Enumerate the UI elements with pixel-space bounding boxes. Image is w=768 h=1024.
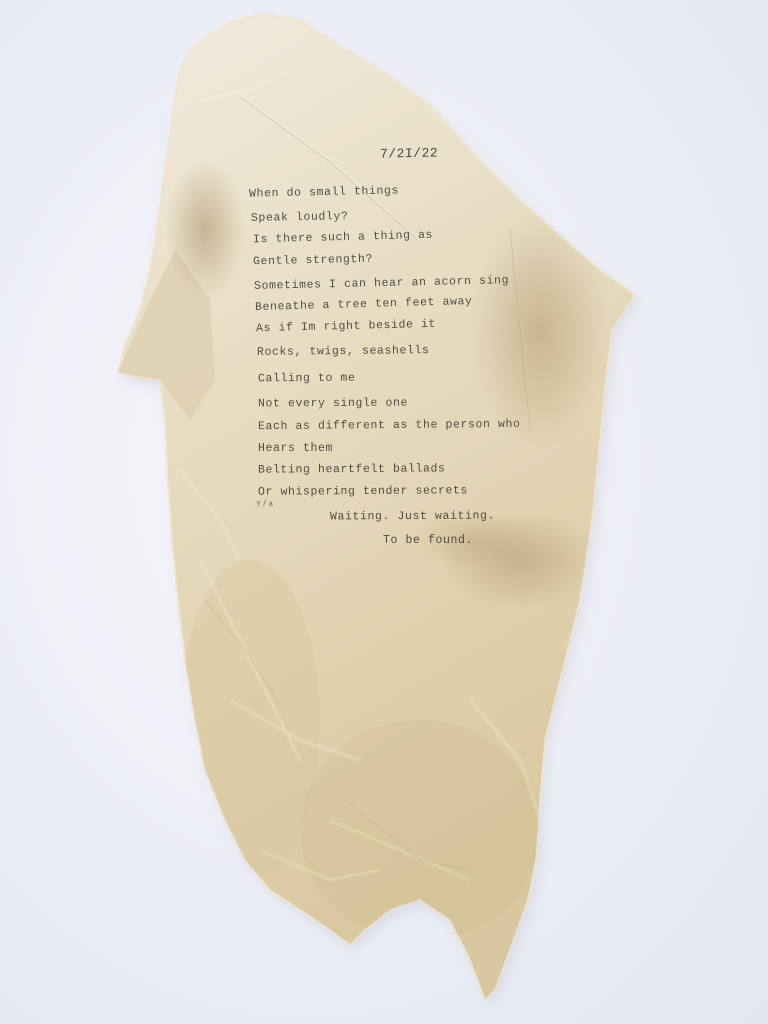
poem-line: Not every single one (258, 397, 408, 411)
poem-line: Is there such a thing as (253, 229, 433, 247)
typewritten-poem: 7/2I/22 When do small things Speak loudl… (0, 0, 768, 1024)
poem-line: When do small things (249, 184, 399, 200)
photo-scene: 7/2I/22 When do small things Speak loudl… (0, 0, 768, 1024)
poem-line: Hears them (258, 442, 333, 455)
poem-line: To be found. (383, 534, 473, 547)
poem-line: Waiting. Just waiting. (330, 510, 495, 524)
poem-line: Or whispering tender secrets (258, 484, 468, 498)
poem-line: Beneathe a tree ten feet away (255, 295, 473, 314)
poem-line: As if Im right beside it (256, 318, 436, 335)
margin-mark: ʸ⁄ₐ (255, 499, 274, 512)
poem-line: Rocks, twigs, seashells (257, 344, 430, 359)
poem-line: Gentle strength? (253, 253, 373, 269)
poem-line: Belting heartfelt ballads (258, 462, 446, 476)
poem-line: Speak loudly? (251, 210, 349, 225)
poem-date: 7/2I/22 (380, 145, 438, 161)
poem-line: Sometimes I can hear an acorn sing (254, 274, 509, 293)
poem-line: Calling to me (258, 372, 356, 386)
poem-line: Each as different as the person who (258, 418, 521, 433)
